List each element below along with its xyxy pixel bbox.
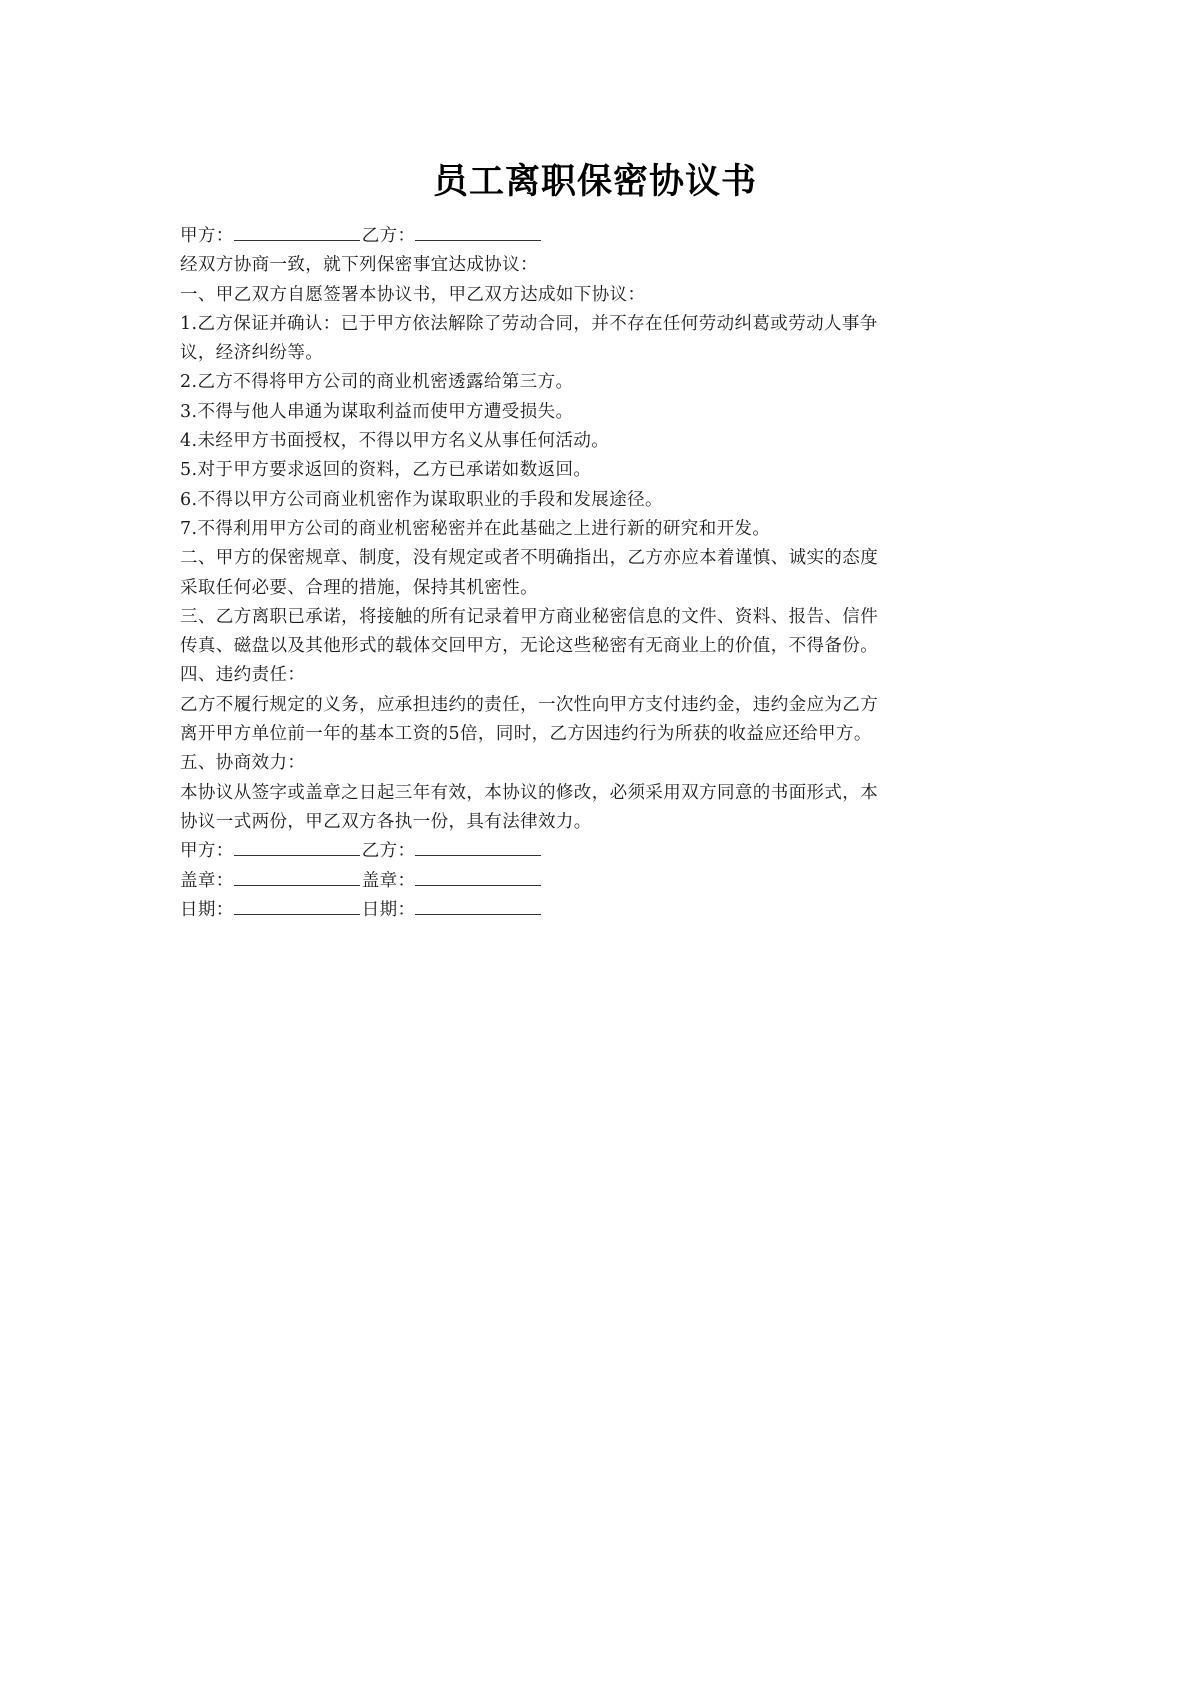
section-2-line-1: 二、甲方的保密规章、制度，没有规定或者不明确指出，乙方亦应本着谨慎、诚实的态度 (180, 544, 1020, 573)
sign-party-b-blank[interactable] (415, 837, 541, 856)
signature-row-party: 甲方： 乙方： (180, 837, 1020, 866)
date-b-blank[interactable] (415, 896, 541, 915)
seal-b-label: 盖章： (362, 867, 416, 896)
party-b-label: 乙方： (362, 222, 416, 251)
section-1-heading: 一、甲乙双方自愿签署本协议书，甲乙双方达成如下协议： (180, 281, 1020, 310)
clause-2: 2.乙方不得将甲方公司的商业机密透露给第三方。 (180, 368, 1020, 397)
sign-party-a-label: 甲方： (180, 837, 234, 866)
section-4-line-2: 离开甲方单位前一年的基本工资的5倍，同时，乙方因违约行为所获的收益应还给甲方。 (180, 720, 1020, 749)
clause-6: 6.不得以甲方公司商业机密作为谋取职业的手段和发展途径。 (180, 486, 1020, 515)
party-a-blank[interactable] (234, 222, 360, 241)
sign-party-b-label: 乙方： (362, 837, 416, 866)
clause-5: 5.对于甲方要求返回的资料，乙方已承诺如数返回。 (180, 456, 1020, 485)
document-page: 员工离职保密协议书 甲方： 乙方： 经双方协商一致，就下列保密事宜达成协议： 一… (0, 0, 1190, 1683)
date-b-label: 日期： (362, 896, 416, 925)
clause-7: 7.不得利用甲方公司的商业机密秘密并在此基础之上进行新的研究和开发。 (180, 515, 1020, 544)
clause-3: 3.不得与他人串通为谋取利益而使甲方遭受损失。 (180, 398, 1020, 427)
seal-a-blank[interactable] (234, 867, 360, 886)
document-body: 甲方： 乙方： 经双方协商一致，就下列保密事宜达成协议： 一、甲乙双方自愿签署本… (180, 222, 1020, 925)
clause-1-line-2: 议，经济纠纷等。 (180, 339, 1020, 368)
section-4-line-1: 乙方不履行规定的义务，应承担违约的责任，一次性向甲方支付违约金，违约金应为乙方 (180, 691, 1020, 720)
sign-party-a-blank[interactable] (234, 837, 360, 856)
signature-row-seal: 盖章： 盖章： (180, 867, 1020, 896)
section-3-line-1: 三、乙方离职已承诺，将接触的所有记录着甲方商业秘密信息的文件、资料、报告、信件 (180, 603, 1020, 632)
seal-a-label: 盖章： (180, 867, 234, 896)
signature-row-date: 日期： 日期： (180, 896, 1020, 925)
date-a-label: 日期： (180, 896, 234, 925)
header-parties-row: 甲方： 乙方： (180, 222, 1020, 251)
seal-b-blank[interactable] (415, 867, 541, 886)
intro-line: 经双方协商一致，就下列保密事宜达成协议： (180, 251, 1020, 280)
section-5-line-2: 协议一式两份，甲乙双方各执一份，具有法律效力。 (180, 808, 1020, 837)
party-b-blank[interactable] (415, 222, 541, 241)
document-title: 员工离职保密协议书 (0, 160, 1190, 204)
section-4-heading: 四、违约责任： (180, 661, 1020, 690)
section-5-line-1: 本协议从签字或盖章之日起三年有效，本协议的修改，必须采用双方同意的书面形式，本 (180, 779, 1020, 808)
clause-4: 4.未经甲方书面授权，不得以甲方名义从事任何活动。 (180, 427, 1020, 456)
section-2-line-2: 采取任何必要、合理的措施，保持其机密性。 (180, 574, 1020, 603)
party-a-label: 甲方： (180, 222, 234, 251)
date-a-blank[interactable] (234, 896, 360, 915)
section-3-line-2: 传真、磁盘以及其他形式的载体交回甲方，无论这些秘密有无商业上的价值，不得备份。 (180, 632, 1020, 661)
clause-1-line-1: 1.乙方保证并确认：已于甲方依法解除了劳动合同，并不存在任何劳动纠葛或劳动人事争 (180, 310, 1020, 339)
section-5-heading: 五、协商效力： (180, 749, 1020, 778)
